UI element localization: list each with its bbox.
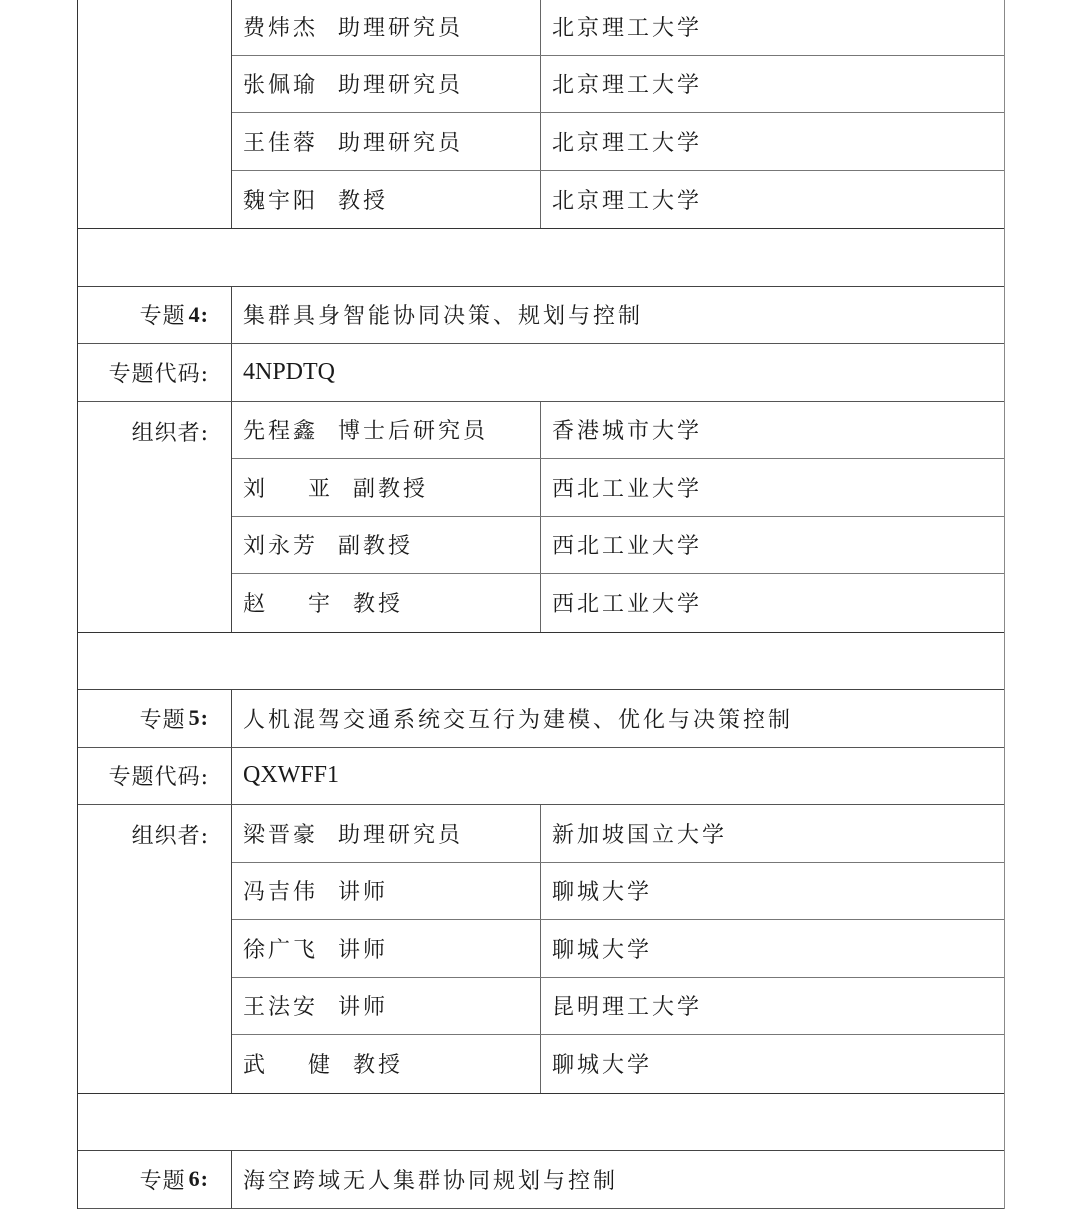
- topic-label: 专题4:: [78, 287, 232, 344]
- organizers-label: 组织者:: [78, 805, 232, 1093]
- topic-title-row: 专题5: 人机混驾交通系统交互行为建模、优化与决策控制: [78, 690, 1004, 748]
- topic-title: 人机混驾交通系统交互行为建模、优化与决策控制: [232, 690, 1004, 747]
- organizer-name: 王佳蓉 助理研究员: [232, 113, 541, 170]
- topic-title-row: 专题4: 集群具身智能协同决策、规划与控制: [78, 287, 1004, 345]
- topics-table: 费炜杰 助理研究员 北京理工大学 张佩瑜 助理研究员 北京理工大学 王佳蓉 助理…: [77, 0, 1005, 1209]
- organizer-affiliation: 北京理工大学: [541, 113, 1004, 170]
- topic-code-label: 专题代码:: [78, 748, 232, 805]
- spacer-row: [78, 633, 1004, 691]
- organizer-row: 魏宇阳 教授 北京理工大学: [232, 171, 1004, 229]
- topic-code: QXWFF1: [232, 748, 1004, 805]
- organizer-name: 费炜杰 助理研究员: [232, 0, 541, 55]
- organizers-group-topic5: 组织者: 梁晋豪 助理研究员 新加坡国立大学 冯吉伟 讲师 聊城大学 徐广飞 讲…: [78, 805, 1004, 1094]
- organizer-name: 武 健 教授: [232, 1035, 541, 1093]
- organizer-row: 王法安 讲师 昆明理工大学: [232, 978, 1004, 1036]
- spacer-row: [78, 1094, 1004, 1152]
- organizer-affiliation: 香港城市大学: [541, 402, 1004, 459]
- organizer-name: 刘永芳 副教授: [232, 517, 541, 574]
- organizer-name: 魏宇阳 教授: [232, 171, 541, 229]
- organizer-affiliation: 北京理工大学: [541, 0, 1004, 55]
- topic-title: 海空跨域无人集群协同规划与控制: [232, 1151, 1004, 1208]
- organizer-row: 费炜杰 助理研究员 北京理工大学: [232, 0, 1004, 56]
- organizer-affiliation: 北京理工大学: [541, 171, 1004, 229]
- organizer-affiliation: 西北工业大学: [541, 459, 1004, 516]
- organizer-affiliation: 聊城大学: [541, 1035, 1004, 1093]
- organizer-name: 王法安 讲师: [232, 978, 541, 1035]
- organizer-name: 张佩瑜 助理研究员: [232, 56, 541, 113]
- organizer-name: 赵 宇 教授: [232, 574, 541, 632]
- topic-label: 专题6:: [78, 1151, 232, 1208]
- organizer-row: 徐广飞 讲师 聊城大学: [232, 920, 1004, 978]
- organizer-affiliation: 新加坡国立大学: [541, 805, 1004, 862]
- organizer-affiliation: 聊城大学: [541, 863, 1004, 920]
- organizers-group-topic4: 组织者: 先程鑫 博士后研究员 香港城市大学 刘 亚 副教授 西北工业大学 刘永…: [78, 402, 1004, 633]
- topic-code-label: 专题代码:: [78, 344, 232, 401]
- organizer-name: 刘 亚 副教授: [232, 459, 541, 516]
- organizers-group-topic3: 费炜杰 助理研究员 北京理工大学 张佩瑜 助理研究员 北京理工大学 王佳蓉 助理…: [78, 0, 1004, 229]
- organizer-row: 先程鑫 博士后研究员 香港城市大学: [232, 402, 1004, 460]
- topic-label: 专题5:: [78, 690, 232, 747]
- organizer-name: 冯吉伟 讲师: [232, 863, 541, 920]
- topic-code: 4NPDTQ: [232, 344, 1004, 401]
- topic-title-row: 专题6: 海空跨域无人集群协同规划与控制: [78, 1151, 1004, 1209]
- topic-title: 集群具身智能协同决策、规划与控制: [232, 287, 1004, 344]
- organizer-name: 先程鑫 博士后研究员: [232, 402, 541, 459]
- spacer-row: [78, 229, 1004, 287]
- organizer-row: 梁晋豪 助理研究员 新加坡国立大学: [232, 805, 1004, 863]
- topic-code-row: 专题代码: QXWFF1: [78, 748, 1004, 806]
- organizer-row: 冯吉伟 讲师 聊城大学: [232, 863, 1004, 921]
- organizer-name: 徐广飞 讲师: [232, 920, 541, 977]
- organizer-row: 张佩瑜 助理研究员 北京理工大学: [232, 56, 1004, 114]
- organizer-row: 刘永芳 副教授 西北工业大学: [232, 517, 1004, 575]
- organizers-label: 组织者:: [78, 402, 232, 632]
- organizer-row: 赵 宇 教授 西北工业大学: [232, 574, 1004, 632]
- organizer-affiliation: 北京理工大学: [541, 56, 1004, 113]
- organizer-row: 武 健 教授 聊城大学: [232, 1035, 1004, 1093]
- organizer-row: 刘 亚 副教授 西北工业大学: [232, 459, 1004, 517]
- organizer-affiliation: 西北工业大学: [541, 574, 1004, 632]
- organizers-label-cell: [78, 0, 232, 228]
- organizer-affiliation: 聊城大学: [541, 920, 1004, 977]
- topic-code-row: 专题代码: 4NPDTQ: [78, 344, 1004, 402]
- organizer-affiliation: 昆明理工大学: [541, 978, 1004, 1035]
- organizer-affiliation: 西北工业大学: [541, 517, 1004, 574]
- organizer-name: 梁晋豪 助理研究员: [232, 805, 541, 862]
- organizer-row: 王佳蓉 助理研究员 北京理工大学: [232, 113, 1004, 171]
